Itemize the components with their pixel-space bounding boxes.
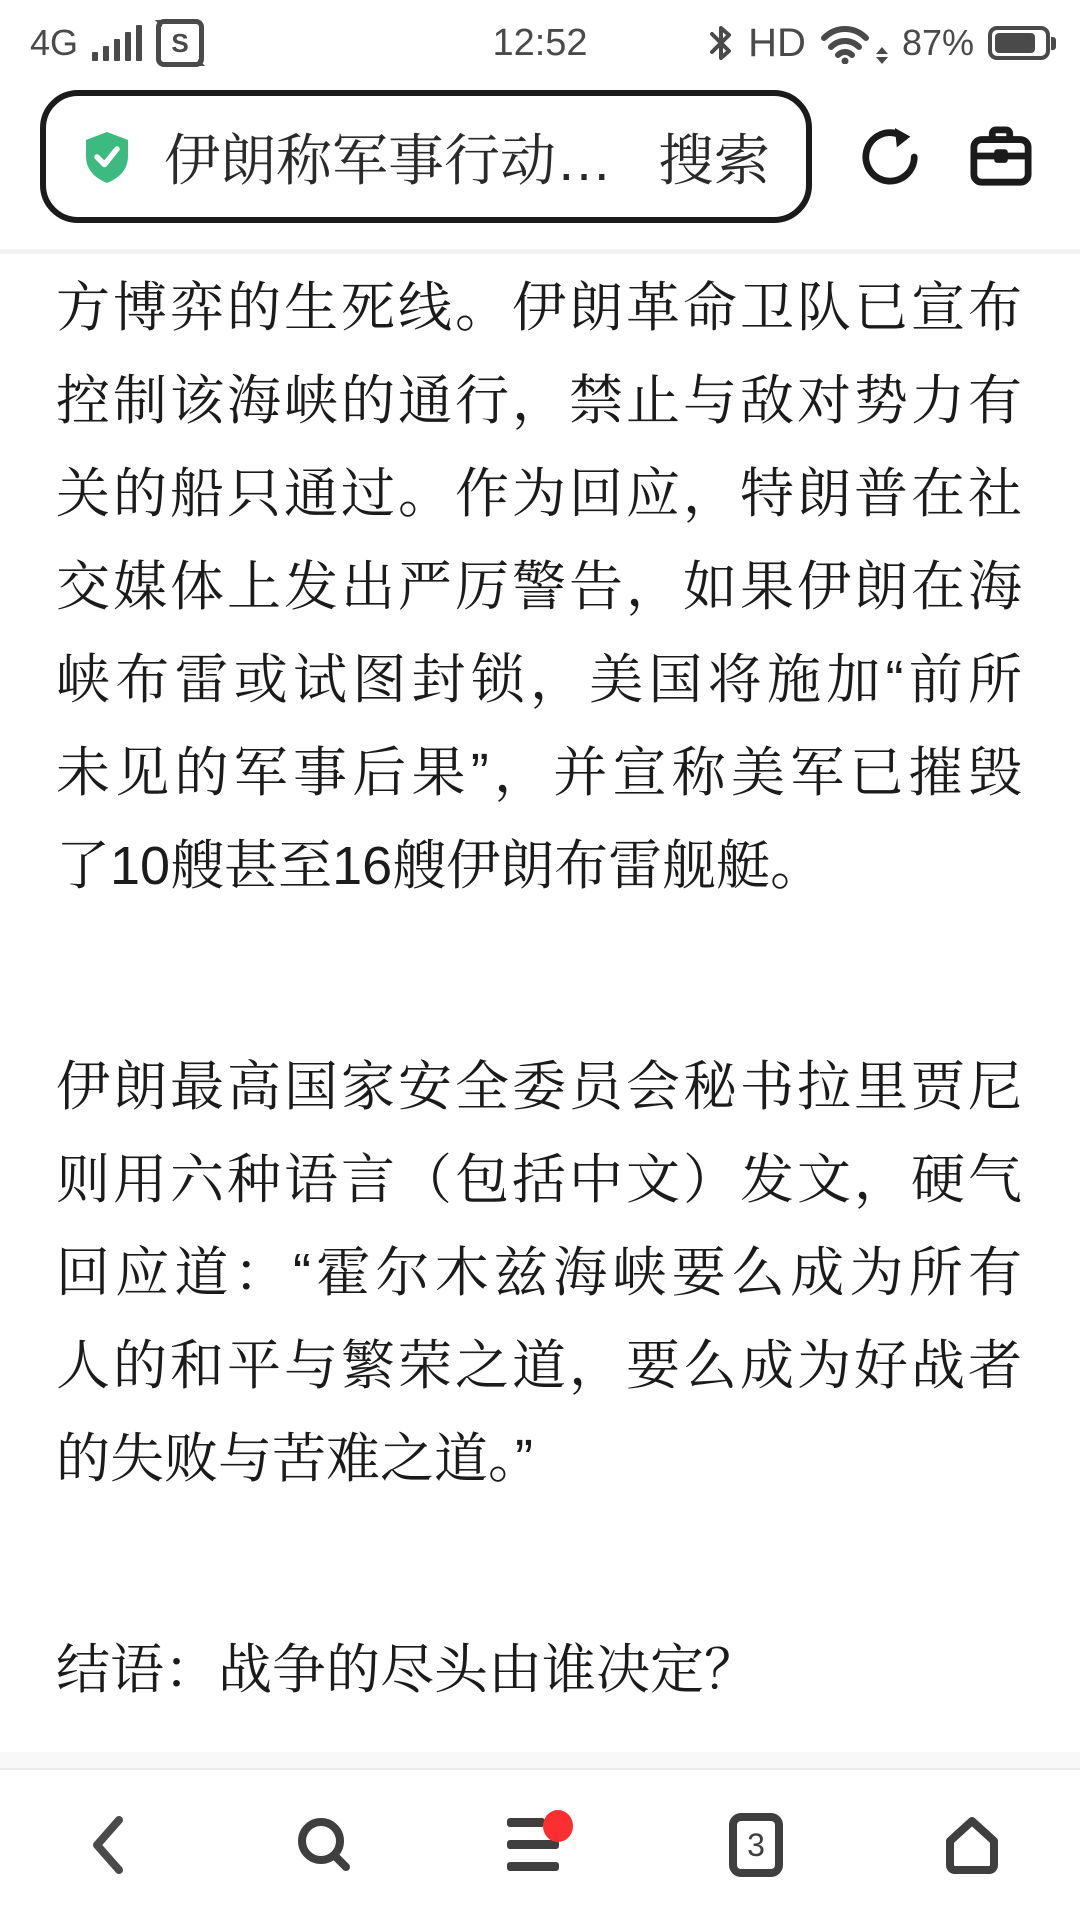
battery-percent-label: 87% bbox=[902, 22, 974, 64]
battery-icon bbox=[988, 26, 1050, 60]
nav-divider bbox=[0, 1752, 1080, 1770]
bottom-area: 3 bbox=[0, 1752, 1080, 1920]
status-right-group: HD 87% bbox=[708, 21, 1050, 66]
notification-badge bbox=[543, 1810, 573, 1842]
wifi-updown-arrows-icon bbox=[876, 47, 888, 64]
article-line: 控制该海峡的通行，禁止与敌对势力有 bbox=[56, 355, 1022, 448]
article-line: 结语：战争的尽头由谁决定？ bbox=[56, 1624, 1022, 1717]
article-line: 未见的军事后果”，并宣称美军已摧毁 bbox=[56, 727, 1022, 820]
page-title[interactable]: 伊朗称军事行动… bbox=[164, 117, 658, 197]
bluetooth-icon bbox=[708, 23, 734, 63]
menu-button[interactable] bbox=[475, 1797, 605, 1893]
search-button[interactable]: 搜索 bbox=[658, 117, 770, 197]
tab-count-badge: 3 bbox=[729, 1813, 783, 1877]
network-type-label: 4G bbox=[30, 22, 78, 64]
tabs-button[interactable]: 3 bbox=[691, 1797, 821, 1893]
article-paragraph: 方博弈的生死线。伊朗革命卫队已宣布控制该海峡的通行，禁止与敌对势力有关的船只通过… bbox=[56, 262, 1022, 913]
bottom-nav-bar: 3 bbox=[0, 1770, 1080, 1920]
article-line: 则用六种语言（包括中文）发文，硬气 bbox=[56, 1134, 1022, 1227]
article-line: 回应道：“霍尔木兹海峡要么成为所有 bbox=[56, 1227, 1022, 1320]
wifi-icon bbox=[820, 22, 870, 64]
home-button[interactable] bbox=[907, 1797, 1037, 1893]
refresh-button[interactable] bbox=[860, 126, 922, 188]
article-line: 伊朗最高国家安全委员会秘书拉里贾尼 bbox=[56, 1041, 1022, 1134]
article-paragraph: 结语：战争的尽头由谁决定？ bbox=[56, 1624, 1022, 1717]
article: 方博弈的生死线。伊朗革命卫队已宣布控制该海峡的通行，禁止与敌对势力有关的船只通过… bbox=[0, 254, 1080, 1717]
status-left-group: 4G S bbox=[30, 19, 204, 67]
signal-bars-icon bbox=[92, 25, 142, 61]
article-line: 峡布雷或试图封锁，美国将施加“前所 bbox=[56, 634, 1022, 727]
toolbox-button[interactable] bbox=[968, 126, 1034, 188]
article-line: 关的船只通过。作为回应，特朗普在社 bbox=[56, 448, 1022, 541]
article-paragraph: 伊朗最高国家安全委员会秘书拉里贾尼则用六种语言（包括中文）发文，硬气回应道：“霍… bbox=[56, 1041, 1022, 1506]
clock-label: 12:52 bbox=[492, 22, 587, 65]
back-button[interactable] bbox=[43, 1797, 173, 1893]
hd-volte-label: HD bbox=[748, 21, 806, 66]
screenshot-s-icon: S bbox=[156, 19, 204, 67]
search-nav-button[interactable] bbox=[259, 1797, 389, 1893]
address-bar[interactable]: 伊朗称军事行动… 搜索 bbox=[40, 90, 812, 223]
site-safety-shield-icon[interactable] bbox=[80, 129, 134, 185]
article-line: 交媒体上发出严厉警告，如果伊朗在海 bbox=[56, 541, 1022, 634]
status-bar: 4G S 12:52 HD 87% bbox=[0, 0, 1080, 74]
article-line: 的失败与苦难之道。” bbox=[56, 1413, 1022, 1506]
browser-toolbar: 伊朗称军事行动… 搜索 bbox=[0, 74, 1080, 249]
menu-icon bbox=[507, 1816, 573, 1874]
article-line: 了10艘甚至16艘伊朗布雷舰艇。 bbox=[56, 820, 1022, 913]
article-line: 方博弈的生死线。伊朗革命卫队已宣布 bbox=[56, 262, 1022, 355]
article-line: 人的和平与繁荣之道，要么成为好战者 bbox=[56, 1320, 1022, 1413]
